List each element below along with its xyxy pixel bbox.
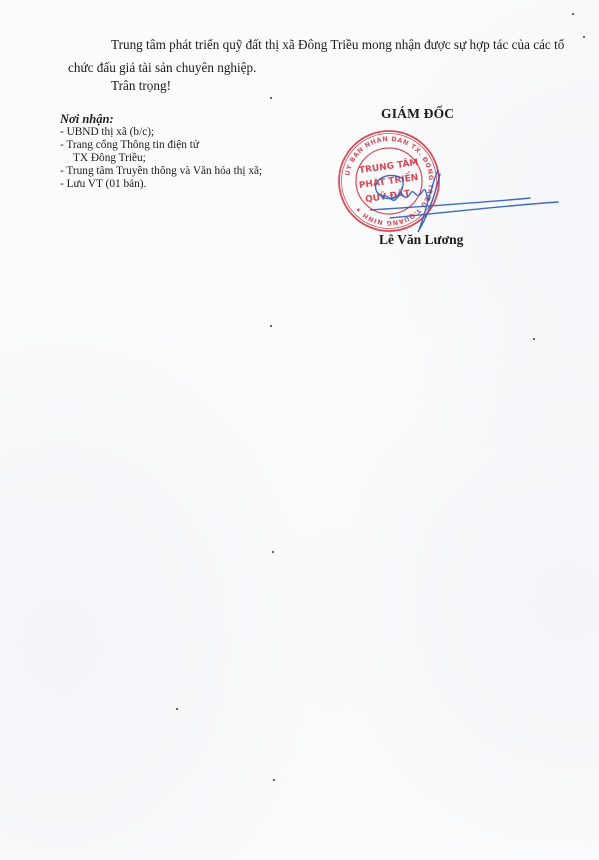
scan-speck	[572, 13, 574, 15]
scan-speck	[533, 338, 535, 340]
scanned-document-page: Trung tâm phát triển quỹ đất thị xã Đông…	[0, 0, 599, 860]
recipients-list: Nơi nhận: - UBND thị xã (b/c); - Trang c…	[60, 112, 262, 191]
scan-speck	[583, 36, 585, 38]
scan-speck	[272, 551, 274, 553]
scan-speck	[273, 779, 275, 781]
scan-speck	[176, 708, 178, 710]
signer-name: Lê Văn Lương	[379, 232, 463, 248]
scan-speck	[270, 325, 272, 327]
closing-line: Trân trọng!	[111, 78, 171, 94]
handwritten-signature-icon	[370, 168, 560, 238]
recipient-item-continuation: TX Đông Triều;	[60, 152, 262, 165]
body-paragraph: Trung tâm phát triển quỹ đất thị xã Đông…	[68, 33, 568, 79]
recipient-item: - UBND thị xã (b/c);	[60, 126, 262, 139]
recipient-item: - Trang cổng Thông tin điện tử	[60, 139, 262, 152]
recipient-item: - Trung tâm Truyền thông và Văn hóa thị …	[60, 165, 262, 178]
scan-speck	[270, 97, 272, 99]
recipients-heading: Nơi nhận:	[60, 112, 262, 126]
signer-title: GIÁM ĐỐC	[381, 106, 454, 122]
recipient-item: - Lưu VT (01 bản).	[60, 178, 262, 191]
